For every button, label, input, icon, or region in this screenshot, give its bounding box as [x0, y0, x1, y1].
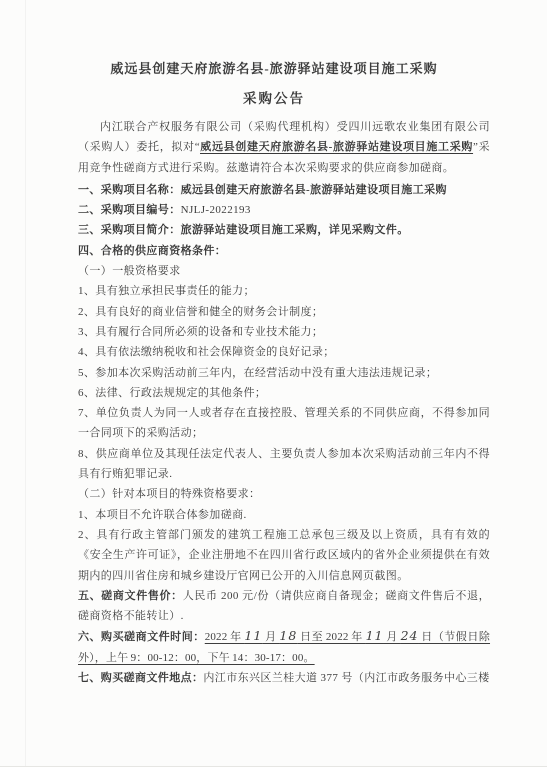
section-7-purchase-location: 七、购买磋商文件地点：内江市东兴区兰桂大道 377 号（内江市政务服务中心三楼 [78, 668, 490, 688]
document-title: 威远县创建天府旅游名县-旅游驿站建设项目施工采购 [78, 58, 490, 80]
section-1-label: 一、采购项目名称： [78, 184, 181, 196]
section-2-label: 二、采购项目编号： [78, 204, 181, 216]
special-item-1: 1、本项目不允许联合体参加磋商. [78, 505, 490, 525]
section-6-purchase-time: 六、购买磋商文件时间：2022 年 11 月 18 日至 2022 年 11 月… [78, 626, 490, 668]
section-5-document-price: 五、磋商文件售价：人民币 200 元/份（请供应商自备现金；磋商文件售后不退，磋… [78, 586, 490, 627]
section-7-value: 内江市东兴区兰桂大道 377 号（内江市政务服务中心三楼 [203, 672, 489, 684]
section-1-value: 威远县创建天府旅游名县-旅游驿站建设项目施工采购 [181, 184, 447, 196]
handwritten-month-start: 11 [244, 628, 262, 643]
section-7-label: 七、购买磋商文件地点： [78, 672, 203, 684]
section-1-project-name: 一、采购项目名称：威远县创建天府旅游名县-旅游驿站建设项目施工采购 [78, 180, 490, 200]
general-item-8: 8、供应商单位及其现任法定代表人、主要负责人参加本次采购活动前三年内不得具有行贿… [78, 444, 490, 485]
general-item-4: 4、具有依法缴纳税收和社会保障资金的良好记录； [78, 342, 490, 362]
section-3-label: 三、采购项目简介： [78, 224, 181, 236]
section-3-project-brief: 三、采购项目简介：旅游驿站建设项目施工采购，详见采购文件。 [78, 220, 490, 240]
date-segment-month-start: 月 [262, 631, 279, 643]
section-6-label: 六、购买磋商文件时间： [78, 631, 205, 643]
date-segment-middle: 日至 2022 年 [297, 631, 365, 643]
section-5-label: 五、磋商文件售价： [78, 590, 183, 602]
general-item-6: 6、法律、行政法规规定的其他条件； [78, 383, 490, 403]
special-item-2: 2、具有行政主管部门颁发的建筑工程施工总承包三级及以上资质，具有有效的《安全生产… [78, 525, 490, 586]
section-2-value: NJLJ-2022193 [181, 204, 251, 216]
scan-artifact-line [25, 0, 26, 766]
section-4-qualification-heading: 四、合格的供应商资格条件： [78, 241, 490, 261]
section-3-value: 旅游驿站建设项目施工采购，详见采购文件。 [181, 224, 409, 236]
section-2-project-number: 二、采购项目编号：NJLJ-2022193 [78, 200, 490, 220]
general-item-1: 1、具有独立承担民事责任的能力； [78, 281, 490, 301]
handwritten-day-end: 24 [401, 628, 419, 643]
general-item-3: 3、具有履行合同所必须的设备和专业技术能力； [78, 322, 490, 342]
handwritten-month-end: 11 [366, 628, 384, 643]
general-item-2: 2、具有良好的商业信誉和健全的财务会计制度； [78, 302, 490, 322]
intro-paragraph: 内江联合产权服务有限公司（采购代理机构）受四川远歌农业集团有限公司（采购人）委托… [78, 117, 490, 178]
document-content: 威远县创建天府旅游名县-旅游驿站建设项目施工采购 采购公告 内江联合产权服务有限… [0, 0, 547, 688]
general-requirements-heading: （一）一般资格要求 [78, 261, 490, 281]
scanned-document-page: 威远县创建天府旅游名县-旅游驿站建设项目施工采购 采购公告 内江联合产权服务有限… [0, 0, 547, 767]
special-requirements-heading: （二）针对本项目的特殊资格要求： [78, 484, 490, 504]
handwritten-day-start: 18 [279, 628, 297, 643]
general-item-5: 5、参加本次采购活动前三年内，在经营活动中没有重大违法违规记录； [78, 363, 490, 383]
document-subtitle: 采购公告 [78, 88, 490, 110]
intro-project-name: 威远县创建天府旅游名县-旅游驿站建设项目施工采购 [200, 141, 473, 153]
general-item-7: 7、单位负责人为同一人或者存在直接控股、管理关系的不同供应商，不得参加同一合同项… [78, 403, 490, 444]
date-segment-month-end: 月 [383, 631, 400, 643]
section-4-label: 四、合格的供应商资格条件： [78, 245, 226, 257]
date-segment-year-start: 2022 年 [205, 631, 245, 643]
